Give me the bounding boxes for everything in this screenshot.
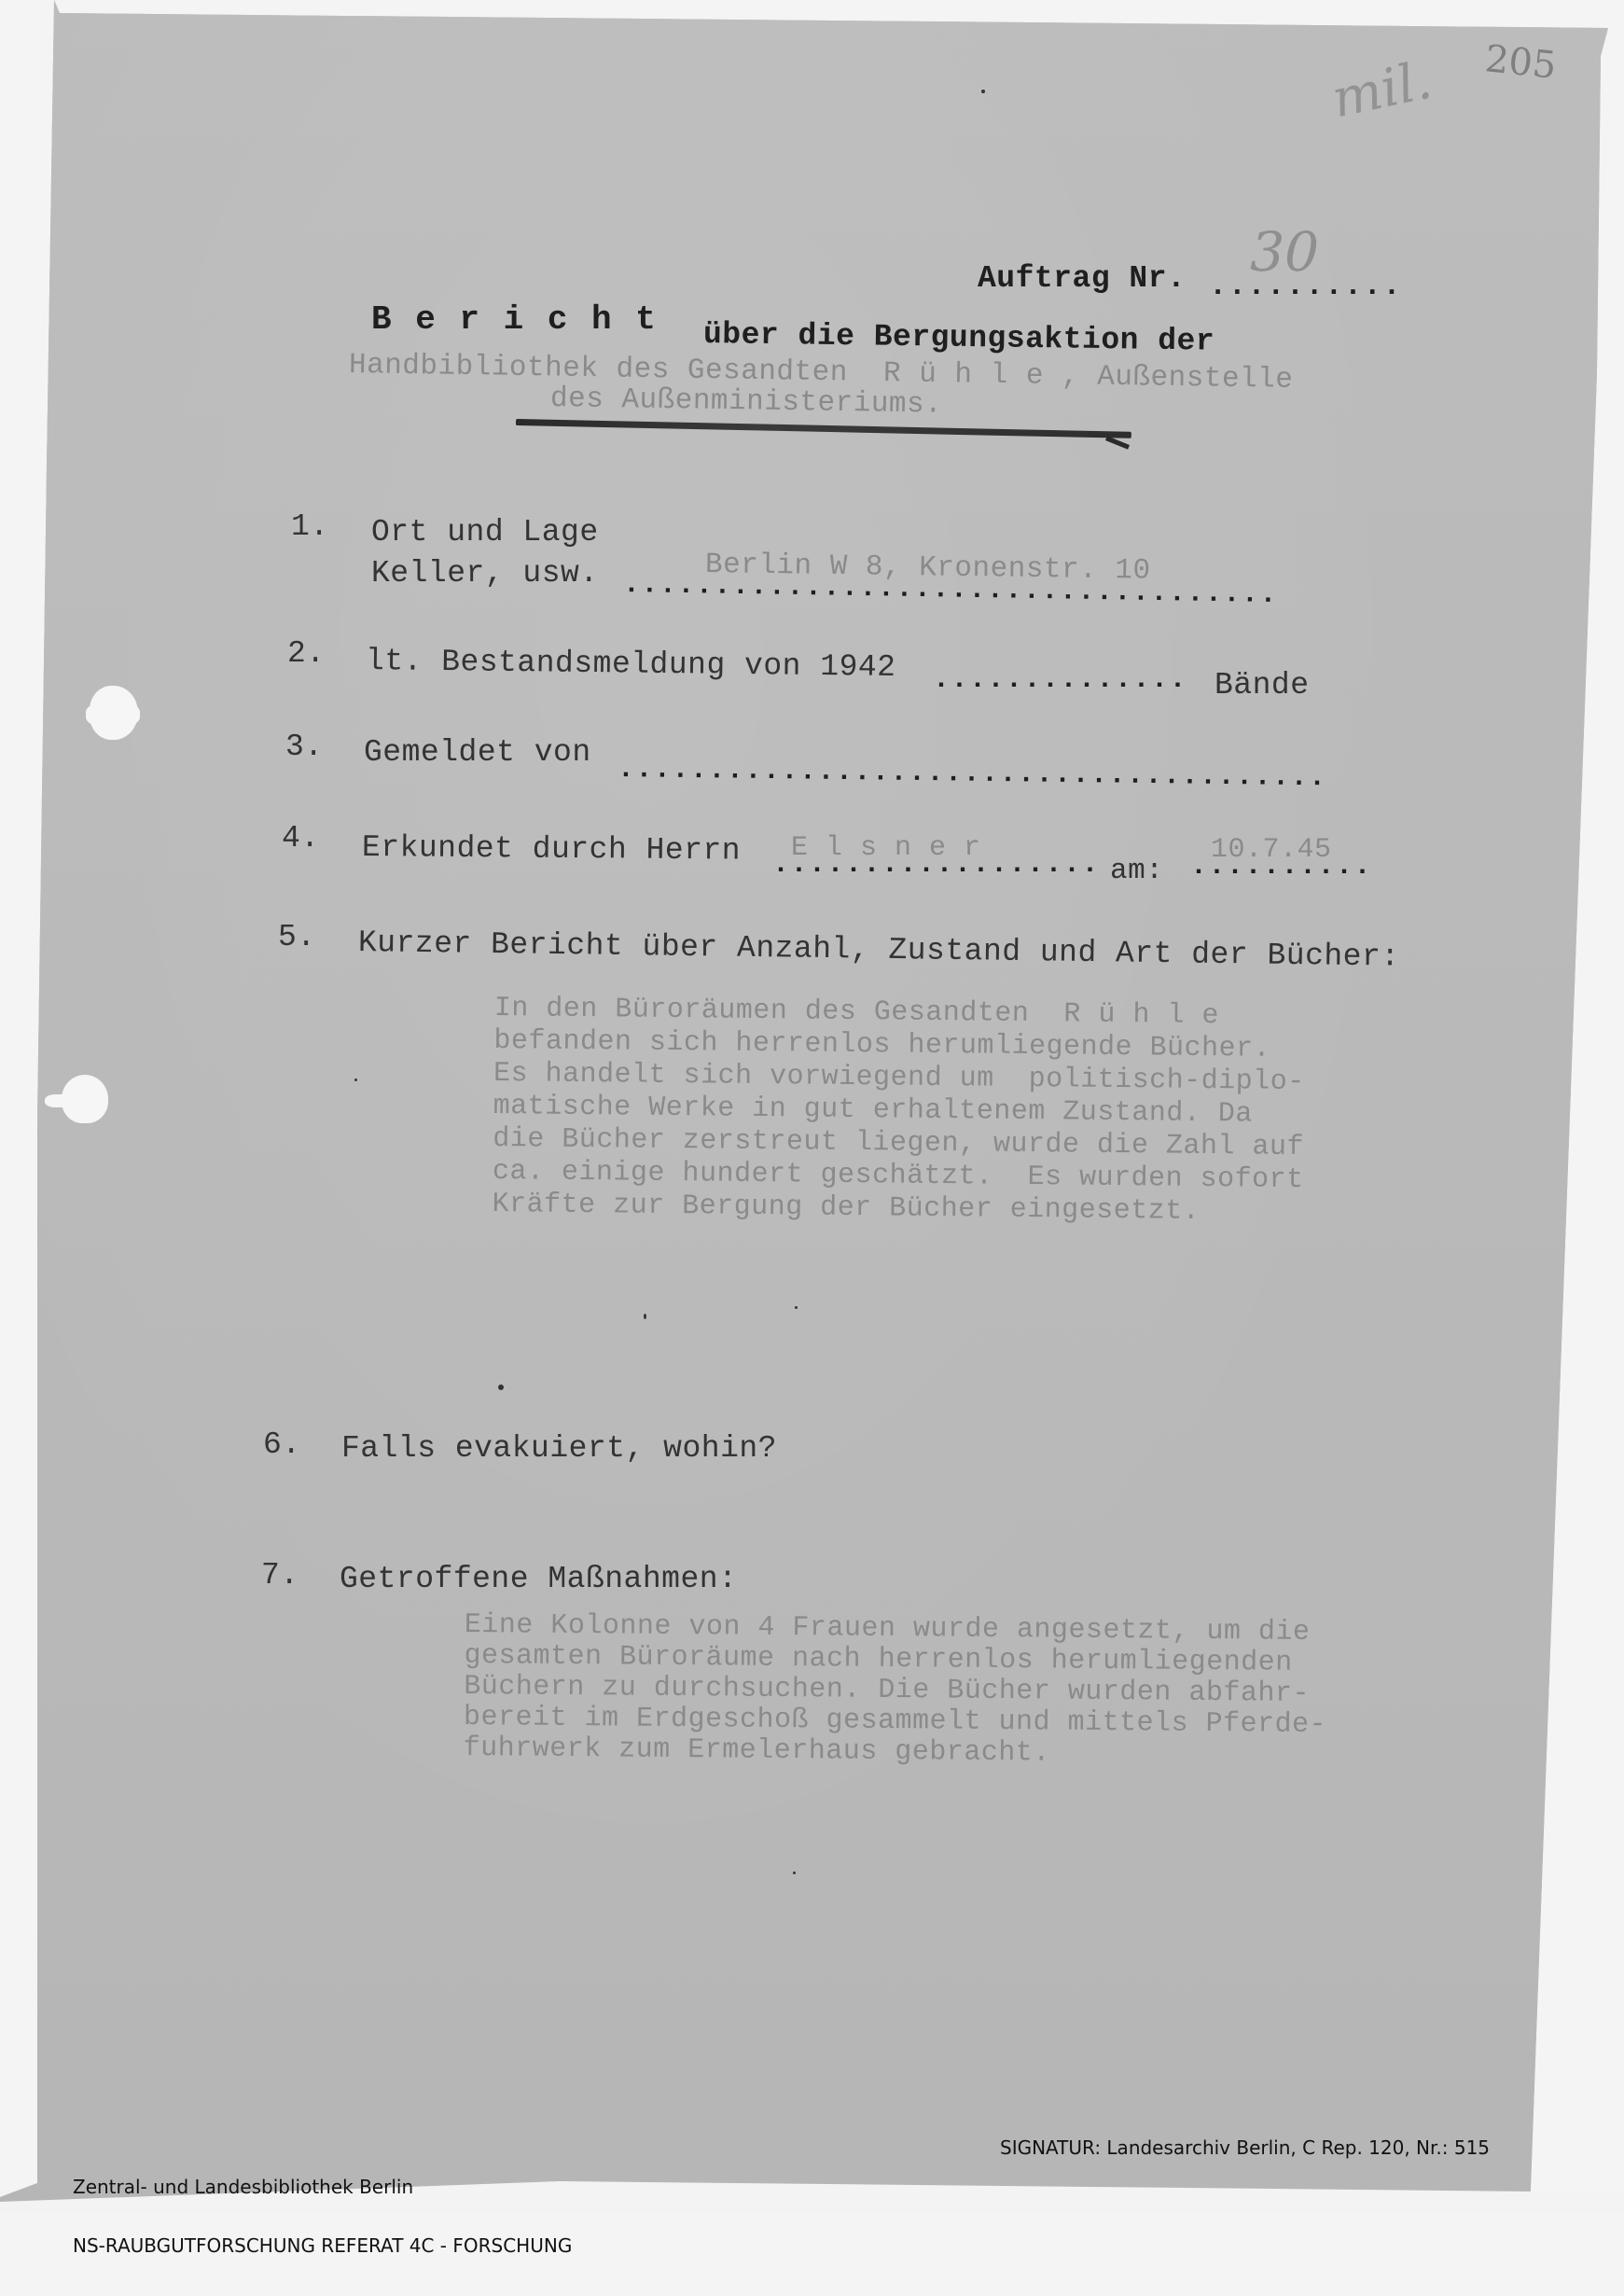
ink-speck: [354, 1078, 357, 1081]
title-rest: über die Bergungsaktion der: [703, 317, 1215, 359]
punch-hole-icon: [86, 702, 140, 728]
item-5-body: In den Büroräumen des Gesandten R ü h l …: [492, 993, 1305, 1230]
item-2-label: lt. Bestandsmeldung von 1942: [366, 644, 896, 685]
ink-speck: [498, 1385, 504, 1390]
handwritten-page-number: 205: [1483, 37, 1559, 88]
item-4-name-dots: ..................: [772, 849, 1100, 881]
footer-signature: SIGNATUR: Landesarchiv Berlin, C Rep. 12…: [1000, 2138, 1490, 2158]
item-7-body: Eine Kolonne von 4 Frauen wurde angesetz…: [464, 1610, 1328, 1772]
item-7-label: Getroffene Maßnahmen:: [340, 1562, 737, 1596]
item-3-number: 3.: [285, 730, 324, 764]
item-4-date-label: am:: [1110, 855, 1163, 887]
item-1-label-line1: Ort und Lage: [371, 515, 599, 550]
order-label: Auftrag Nr.: [978, 261, 1186, 296]
item-4-number: 4.: [282, 821, 320, 856]
ink-speck: [644, 1314, 646, 1319]
title-spaced: B e r i c h t: [371, 300, 658, 339]
item-4-date-dots: ..........: [1190, 851, 1372, 883]
ink-speck: [795, 1306, 798, 1309]
item-7-number: 7.: [261, 1558, 299, 1593]
footer-institution-line1: Zentral- und Landesbibliothek Berlin: [73, 2178, 572, 2197]
item-5-number: 5.: [278, 920, 316, 954]
item-3-label: Gemeldet von: [364, 735, 591, 770]
title-line-3: des Außenministeriums.: [550, 383, 943, 422]
footer-institution: Zentral- und Landesbibliothek Berlin NS-…: [73, 2138, 572, 2213]
item-2-number: 2.: [287, 636, 326, 671]
item-1-label-line2: Keller, usw.: [371, 556, 599, 591]
item-6-label: Falls evakuiert, wohin?: [341, 1431, 777, 1466]
order-dots: ..........: [1209, 269, 1402, 303]
ink-speck: [981, 90, 985, 93]
scanned-document-page: mil. 205 Auftrag Nr. 30 .......... B e r…: [0, 0, 1624, 2213]
item-6-number: 6.: [263, 1427, 301, 1462]
ink-speck: [793, 1872, 796, 1874]
item-4-label: Erkundet durch Herrn: [362, 830, 741, 869]
item-1-number: 1.: [291, 509, 329, 544]
item-2-suffix: Bände: [1215, 668, 1310, 703]
punch-hole-icon: [45, 1094, 73, 1107]
item-2-dots: ..............: [933, 664, 1187, 696]
